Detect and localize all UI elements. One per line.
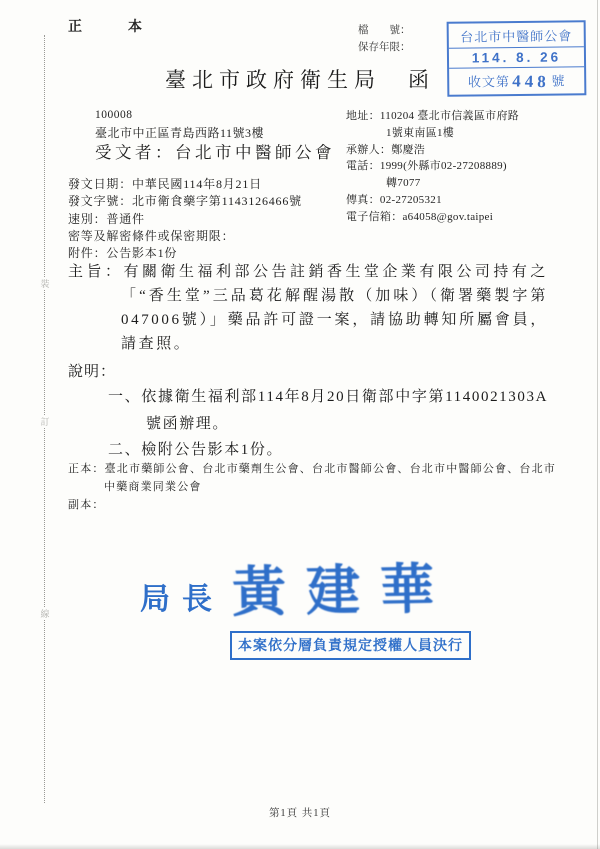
retention-period-label: 保存年限： [358,39,411,56]
recipient-line: 受文者：台北市中醫師公會 [95,139,335,163]
page-number: 第1頁 共1頁 [0,805,600,820]
document-title: 臺北市政府衛生局 函 [0,64,600,94]
contact-block: 地址：110204 臺北市信義區市府路 1號東南區1樓 承辦人：鄭慶浩 電話：1… [346,108,594,226]
copy-type-label: 正 本 [68,16,158,36]
subject-paragraph: 主旨：有關衛生福利部公告註銷香生堂企業有限公司持有之「“香生堂”三品葛花解醒湯散… [68,260,548,356]
contact-phone-line1: 電話：1999(外縣市02-27208889) [346,158,594,175]
scan-edge-bottom [0,844,600,849]
distribution-block: 正本：臺北市藥師公會、台北市藥劑生公會、台北市醫師公會、台北市中醫師公會、台北市… [68,461,568,515]
contact-officer-label: 承辦人： [346,144,391,156]
description-item-1-text: 依據衛生福利部114年8月20日衛部中字第1140021303A號函辦理。 [141,389,548,432]
meta-issue-number: 發文字號：北市衛食藥字第1143126466號 [68,193,302,210]
subject-label: 主旨： [68,264,124,280]
contact-fax: 傳真：02-27205321 [346,192,594,209]
meta-security-class: 密等及解密條件或保密期限： [68,228,302,245]
description-item-2-num: 二、 [108,442,141,458]
document-page: 裝 訂 線 正 本 檔 號： 保存年限： 台北市中醫師公會 114. 8. 26… [0,0,600,849]
file-number-label: 檔 號： [358,22,411,39]
recipient-zipcode: 100008 [95,109,133,121]
meta-block: 發文日期：中華民國114年8月21日 發文字號：北市衛食藥字第114312646… [68,176,302,262]
contact-address-line2: 1號東南區1樓 [346,125,594,142]
contact-officer-name: 鄭慶浩 [391,144,425,156]
scan-edge-right [597,0,598,849]
contact-phone-label: 電話： [346,160,380,172]
receipt-stamp-org: 台北市中醫師公會 [449,22,584,48]
authorization-box: 本案依分層負責規定授權人員決行 [230,631,471,660]
distribution-copy: 副本： [68,497,568,515]
description-label: 說明： [68,360,548,384]
contact-email-label: 電子信箱： [346,211,403,223]
binding-dotted-line: 裝 訂 線 [44,35,45,803]
signature-title: 局長 [140,574,224,618]
distribution-copy-label: 副本： [68,499,105,511]
meta-issue-date: 發文日期：中華民國114年8月21日 [68,176,302,193]
contact-officer: 承辦人：鄭慶浩 [346,142,594,159]
binding-mark-ding: 訂 [39,415,51,428]
contact-address-value1: 110204 臺北市信義區市府路 [380,110,519,122]
distribution-original-list: 臺北市藥師公會、台北市藥劑生公會、台北市醫師公會、台北市中醫師公會、台北市中藥商… [104,463,556,493]
contact-phone-value1: 1999(外縣市02-27208889) [380,160,507,172]
contact-phone-line2: 轉7077 [346,175,594,192]
signature-name: 黃建華 [231,546,454,627]
binding-mark-xian: 線 [39,607,51,620]
description-item-1-num: 一、 [108,389,141,405]
distribution-original-label: 正本： [68,463,105,475]
contact-fax-value: 02-27205321 [380,194,442,206]
binding-mark-zhuang: 裝 [39,277,51,290]
description-item-2-text: 檢附公告影本1份。 [141,442,283,458]
file-labels: 檔 號： 保存年限： [358,22,411,56]
contact-email: 電子信箱：a64058@gov.taipei [346,209,594,226]
recipient-label: 受文者： [95,143,175,162]
signature-line: 局長 黃建華 [140,548,470,625]
description-item-1: 一、依據衛生福利部114年8月20日衛部中字第1140021303A號函辦理。 [108,384,548,437]
recipient-name: 台北市中醫師公會 [175,143,335,162]
signature-stamp: 局長 黃建華 本案依分層負責規定授權人員決行 [140,548,470,660]
contact-address-line1: 地址：110204 臺北市信義區市府路 [346,108,594,125]
subject-text: 有關衛生福利部公告註銷香生堂企業有限公司持有之「“香生堂”三品葛花解醒湯散（加味… [121,264,548,352]
meta-speed-class: 速別：普通件 [68,211,302,228]
contact-email-value: a64058@gov.taipei [403,211,494,223]
contact-fax-label: 傳真： [346,194,380,206]
body-flow: 主旨：有關衛生福利部公告註銷香生堂企業有限公司持有之「“香生堂”三品葛花解醒湯散… [68,260,548,464]
contact-address-label: 地址： [346,110,380,122]
description-item-2: 二、檢附公告影本1份。 [108,437,548,464]
distribution-original: 正本：臺北市藥師公會、台北市藥劑生公會、台北市醫師公會、台北市中醫師公會、台北市… [68,461,568,496]
